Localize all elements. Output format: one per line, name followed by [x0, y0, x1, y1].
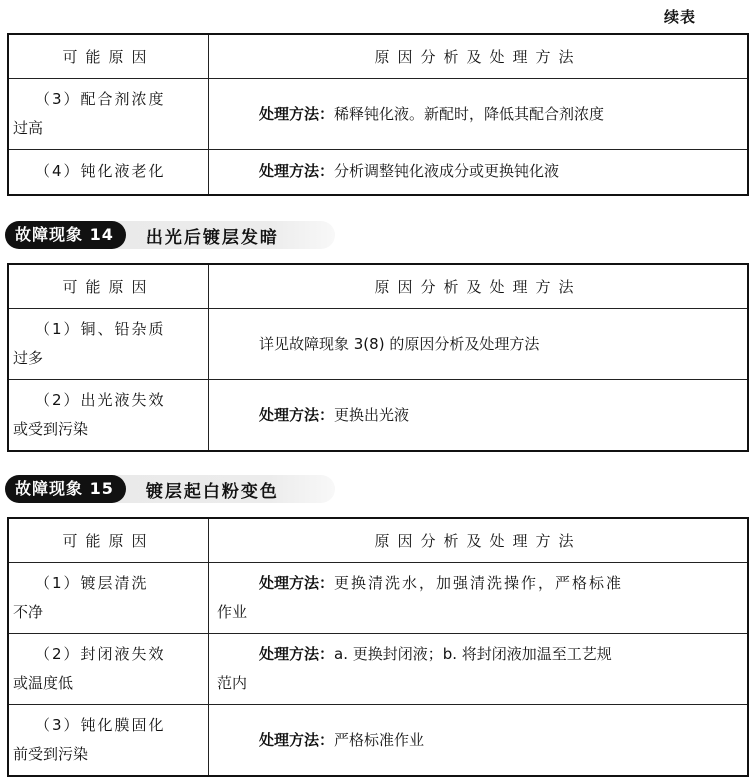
table-header-row: 可能原因 原因分析及处理方法 — [8, 34, 748, 79]
section-heading-14: 故障现象 14 出光后镀层发暗 — [5, 221, 279, 249]
table-row: （3）配合剂浓度 过高 处理方法：稀释钝化液。新配时，降低其配合剂浓度 — [8, 79, 748, 150]
method-label: 处理方法： — [259, 731, 334, 749]
method-label: 处理方法： — [259, 162, 334, 180]
header-method: 原因分析及处理方法 — [209, 34, 749, 79]
cause-text: 铜、铅杂质 — [81, 320, 166, 338]
cause-number: （2） — [13, 640, 81, 669]
method-text: 分析调整钝化液成分或更换钝化液 — [334, 162, 559, 180]
fault-title: 出光后镀层发暗 — [146, 223, 279, 248]
header-method: 原因分析及处理方法 — [209, 518, 749, 563]
cause-number: （3） — [13, 85, 81, 114]
table-header-row: 可能原因 原因分析及处理方法 — [8, 264, 748, 309]
cause-text: 出光液失效 — [81, 391, 166, 409]
cause-cell: （1）铜、铅杂质 过多 — [8, 309, 209, 380]
fault-title: 镀层起白粉变色 — [146, 477, 279, 502]
cause-text: 钝化液老化 — [81, 162, 166, 180]
method-cell: 处理方法：a. 更换封闭液；b. 将封闭液加温至工艺规 范内 — [209, 634, 749, 705]
table-continued: 可能原因 原因分析及处理方法 （3）配合剂浓度 过高 处理方法：稀释钝化液。新配… — [7, 33, 749, 196]
cause-cell: （2）封闭液失效 或温度低 — [8, 634, 209, 705]
cause-text: 配合剂浓度 — [81, 90, 166, 108]
section-heading-15: 故障现象 15 镀层起白粉变色 — [5, 475, 279, 503]
cause-number: （4） — [13, 157, 81, 186]
table-row: （1）镀层清洗 不净 处理方法：更换清洗水，加强清洗操作，严格标准 作业 — [8, 563, 748, 634]
table-row: （2）出光液失效 或受到污染 处理方法：更换出光液 — [8, 380, 748, 452]
header-cause: 可能原因 — [8, 264, 209, 309]
cause-text: 封闭液失效 — [81, 645, 166, 663]
table-row: （1）铜、铅杂质 过多 详见故障现象 3(8) 的原因分析及处理方法 — [8, 309, 748, 380]
cause-text-cont: 或受到污染 — [13, 420, 88, 438]
fault-badge: 故障现象 14 — [5, 221, 126, 249]
header-cause: 可能原因 — [8, 34, 209, 79]
cause-number: （2） — [13, 386, 81, 415]
method-text: 更换出光液 — [334, 406, 409, 424]
method-label: 处理方法： — [259, 105, 334, 123]
method-cell: 详见故障现象 3(8) 的原因分析及处理方法 — [209, 309, 749, 380]
table-row: （4）钝化液老化 处理方法：分析调整钝化液成分或更换钝化液 — [8, 150, 748, 195]
method-text: a. 更换封闭液；b. 将封闭液加温至工艺规 — [334, 645, 612, 663]
cause-text-cont: 或温度低 — [13, 674, 73, 692]
cause-text-cont: 不净 — [13, 603, 43, 621]
table-header-row: 可能原因 原因分析及处理方法 — [8, 518, 748, 563]
cause-number: （1） — [13, 569, 81, 598]
cause-text-cont: 前受到污染 — [13, 745, 88, 763]
cause-number: （1） — [13, 315, 81, 344]
method-cell: 处理方法：稀释钝化液。新配时，降低其配合剂浓度 — [209, 79, 749, 150]
table-row: （3）钝化膜固化 前受到污染 处理方法：严格标准作业 — [8, 705, 748, 777]
continued-table-label: 续表 — [664, 6, 696, 27]
method-cell: 处理方法：分析调整钝化液成分或更换钝化液 — [209, 150, 749, 195]
method-text: 详见故障现象 3(8) 的原因分析及处理方法 — [259, 335, 539, 353]
cause-cell: （3）配合剂浓度 过高 — [8, 79, 209, 150]
method-label: 处理方法： — [259, 645, 334, 663]
method-text-cont: 范内 — [217, 674, 247, 692]
header-cause: 可能原因 — [8, 518, 209, 563]
cause-cell: （3）钝化膜固化 前受到污染 — [8, 705, 209, 777]
cause-text-cont: 过高 — [13, 119, 43, 137]
method-label: 处理方法： — [259, 574, 334, 592]
method-text: 严格标准作业 — [334, 731, 424, 749]
cause-text: 镀层清洗 — [81, 574, 149, 592]
cause-text: 钝化膜固化 — [81, 716, 166, 734]
header-method: 原因分析及处理方法 — [209, 264, 749, 309]
table-fault-14: 可能原因 原因分析及处理方法 （1）铜、铅杂质 过多 详见故障现象 3(8) 的… — [7, 263, 749, 452]
cause-number: （3） — [13, 711, 81, 740]
method-cell: 处理方法：更换清洗水，加强清洗操作，严格标准 作业 — [209, 563, 749, 634]
fault-badge: 故障现象 15 — [5, 475, 126, 503]
table-fault-15: 可能原因 原因分析及处理方法 （1）镀层清洗 不净 处理方法：更换清洗水，加强清… — [7, 517, 749, 777]
cause-text-cont: 过多 — [13, 349, 43, 367]
method-text: 更换清洗水，加强清洗操作，严格标准 — [334, 574, 623, 592]
cause-cell: （1）镀层清洗 不净 — [8, 563, 209, 634]
cause-cell: （2）出光液失效 或受到污染 — [8, 380, 209, 452]
table-row: （2）封闭液失效 或温度低 处理方法：a. 更换封闭液；b. 将封闭液加温至工艺… — [8, 634, 748, 705]
method-label: 处理方法： — [259, 406, 334, 424]
cause-cell: （4）钝化液老化 — [8, 150, 209, 195]
method-text: 稀释钝化液。新配时，降低其配合剂浓度 — [334, 105, 604, 123]
method-cell: 处理方法：严格标准作业 — [209, 705, 749, 777]
method-cell: 处理方法：更换出光液 — [209, 380, 749, 452]
method-text-cont: 作业 — [217, 603, 247, 621]
